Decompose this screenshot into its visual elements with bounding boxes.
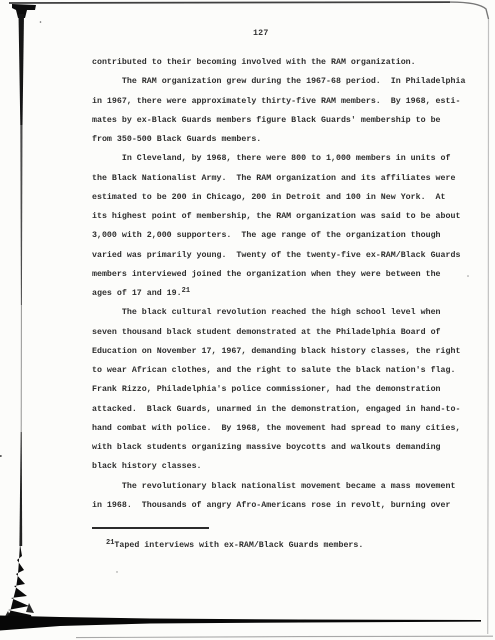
footnote-text: Taped interviews with ex-RAM/Black Guard… (114, 541, 363, 550)
text-line: with black students organizing massive b… (92, 438, 472, 457)
text-line: ages of 17 and 19.21 (92, 284, 472, 303)
binding-streak-middle (20, 125, 22, 305)
text-line: from 350-500 Black Guards members. (92, 130, 472, 149)
ink-blob-artifact (3, 544, 33, 622)
text-line: members interviewed joined the organizat… (92, 265, 472, 284)
text-line: estimated to be 200 in Chicago, 200 in D… (92, 188, 472, 207)
text-line: Frank Rizzo, Philadelphia's police commi… (92, 380, 472, 399)
bottom-bar-artifact (0, 616, 481, 631)
footnote-separator (92, 527, 209, 529)
footnote: 21Taped interviews with ex-RAM/Black Gua… (106, 541, 363, 550)
text-line: in 1968. Thousands of angry Afro-America… (92, 496, 472, 515)
page-edge-right (488, 19, 489, 634)
text-line: 3,000 with 2,000 supporters. The age ran… (92, 226, 472, 245)
scanned-document-page: 127 contributed to their becoming involv… (0, 0, 495, 640)
text-line: Education on November 17, 1967, demandin… (92, 342, 472, 361)
text-line: seven thousand black student demonstrate… (92, 323, 472, 342)
text-line: The revolutionary black nationalist move… (92, 477, 472, 496)
text-line: its highest point of membership, the RAM… (92, 207, 472, 226)
text-line: The black cultural revolution reached th… (92, 303, 472, 322)
binding-streak-upper (19, 14, 25, 125)
speck (116, 571, 117, 572)
page-edge-top-corner (450, 2, 489, 19)
text-line: attacked. Black Guards, unarmed in the d… (92, 400, 472, 419)
speck (0, 455, 2, 457)
text-line: In Cleveland, by 1968, there were 800 to… (92, 149, 472, 168)
text-line: to wear African clothes, and the right t… (92, 361, 472, 380)
text-line: in 1967, there were approximately thirty… (92, 92, 472, 111)
page-number: 127 (253, 29, 269, 38)
binding-streak-lower (19, 432, 22, 546)
text-line: mates by ex-Black Guards members figure … (92, 111, 472, 130)
text-line: varied was primarily young. Twenty of th… (92, 246, 472, 265)
page-edge-top (9, 2, 450, 3)
text-line: black history classes. (92, 457, 472, 476)
speck (40, 21, 42, 23)
text-line: the Black Nationalist Army. The RAM orga… (92, 169, 472, 188)
body-text: contributed to their becoming involved w… (92, 53, 472, 515)
page-edge-bottom (76, 636, 493, 637)
binding-streak-faint (21, 305, 22, 432)
text-line: The RAM organization grew during the 196… (92, 72, 472, 91)
text-line: contributed to their becoming involved w… (92, 53, 472, 72)
binding-pin-artifact (12, 4, 36, 18)
text-line: hand combat with police. By 1968, the mo… (92, 419, 472, 438)
footnote-marker: 21 (106, 539, 114, 547)
ink-blob-ragged-edge (3, 603, 34, 620)
